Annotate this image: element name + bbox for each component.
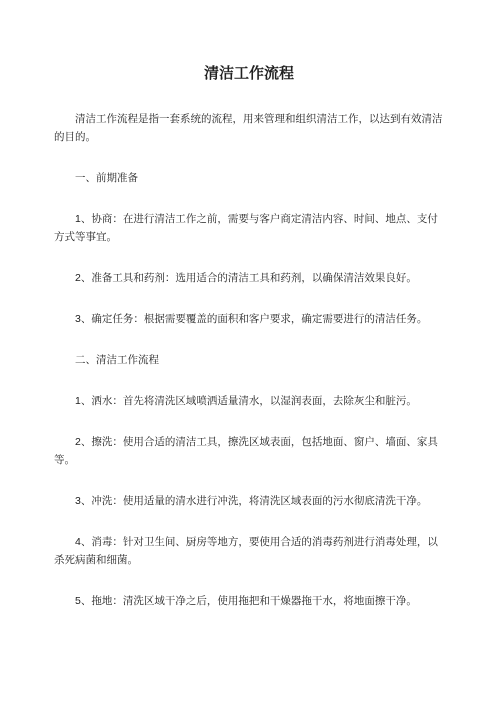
section-2-item-5: 5、拖地：清洗区域干净之后，使用拖把和干燥器拖干水，将地面擦干净。	[54, 592, 444, 610]
section-1-item-2: 2、准备工具和药剂：选用适合的清洁工具和药剂，以确保清洁效果良好。	[54, 269, 444, 287]
section-2-item-3: 3、冲洗：使用适量的清水进行冲洗，将清洗区域表面的污水彻底清洗干净。	[54, 492, 444, 510]
document-title: 清洁工作流程	[54, 64, 444, 84]
intro-paragraph: 清洁工作流程是指一套系统的流程，用来管理和组织清洁工作，以达到有效清洁的目的。	[54, 110, 444, 146]
section-2-item-4: 4、消毒：针对卫生间、厨房等地方，要使用合适的消毒药剂进行消毒处理，以杀死病菌和…	[54, 533, 444, 569]
section-2-heading: 二、清洁工作流程	[54, 351, 444, 369]
section-1-item-3: 3、确定任务：根据需要覆盖的面积和客户要求，确定需要进行的清洁任务。	[54, 310, 444, 328]
section-1-item-1: 1、协商：在进行清洁工作之前，需要与客户商定清洁内容、时间、地点、支付方式等事宜…	[54, 210, 444, 246]
section-2-item-2: 2、擦洗：使用合适的清洁工具，擦洗区域表面，包括地面、窗户、墙面、家具等。	[54, 433, 444, 469]
document-page: 清洁工作流程 清洁工作流程是指一套系统的流程，用来管理和组织清洁工作，以达到有效…	[0, 0, 496, 610]
section-1-heading: 一、前期准备	[54, 169, 444, 187]
section-2-item-1: 1、洒水：首先将清洗区域喷洒适量清水，以湿润表面，去除灰尘和脏污。	[54, 392, 444, 410]
